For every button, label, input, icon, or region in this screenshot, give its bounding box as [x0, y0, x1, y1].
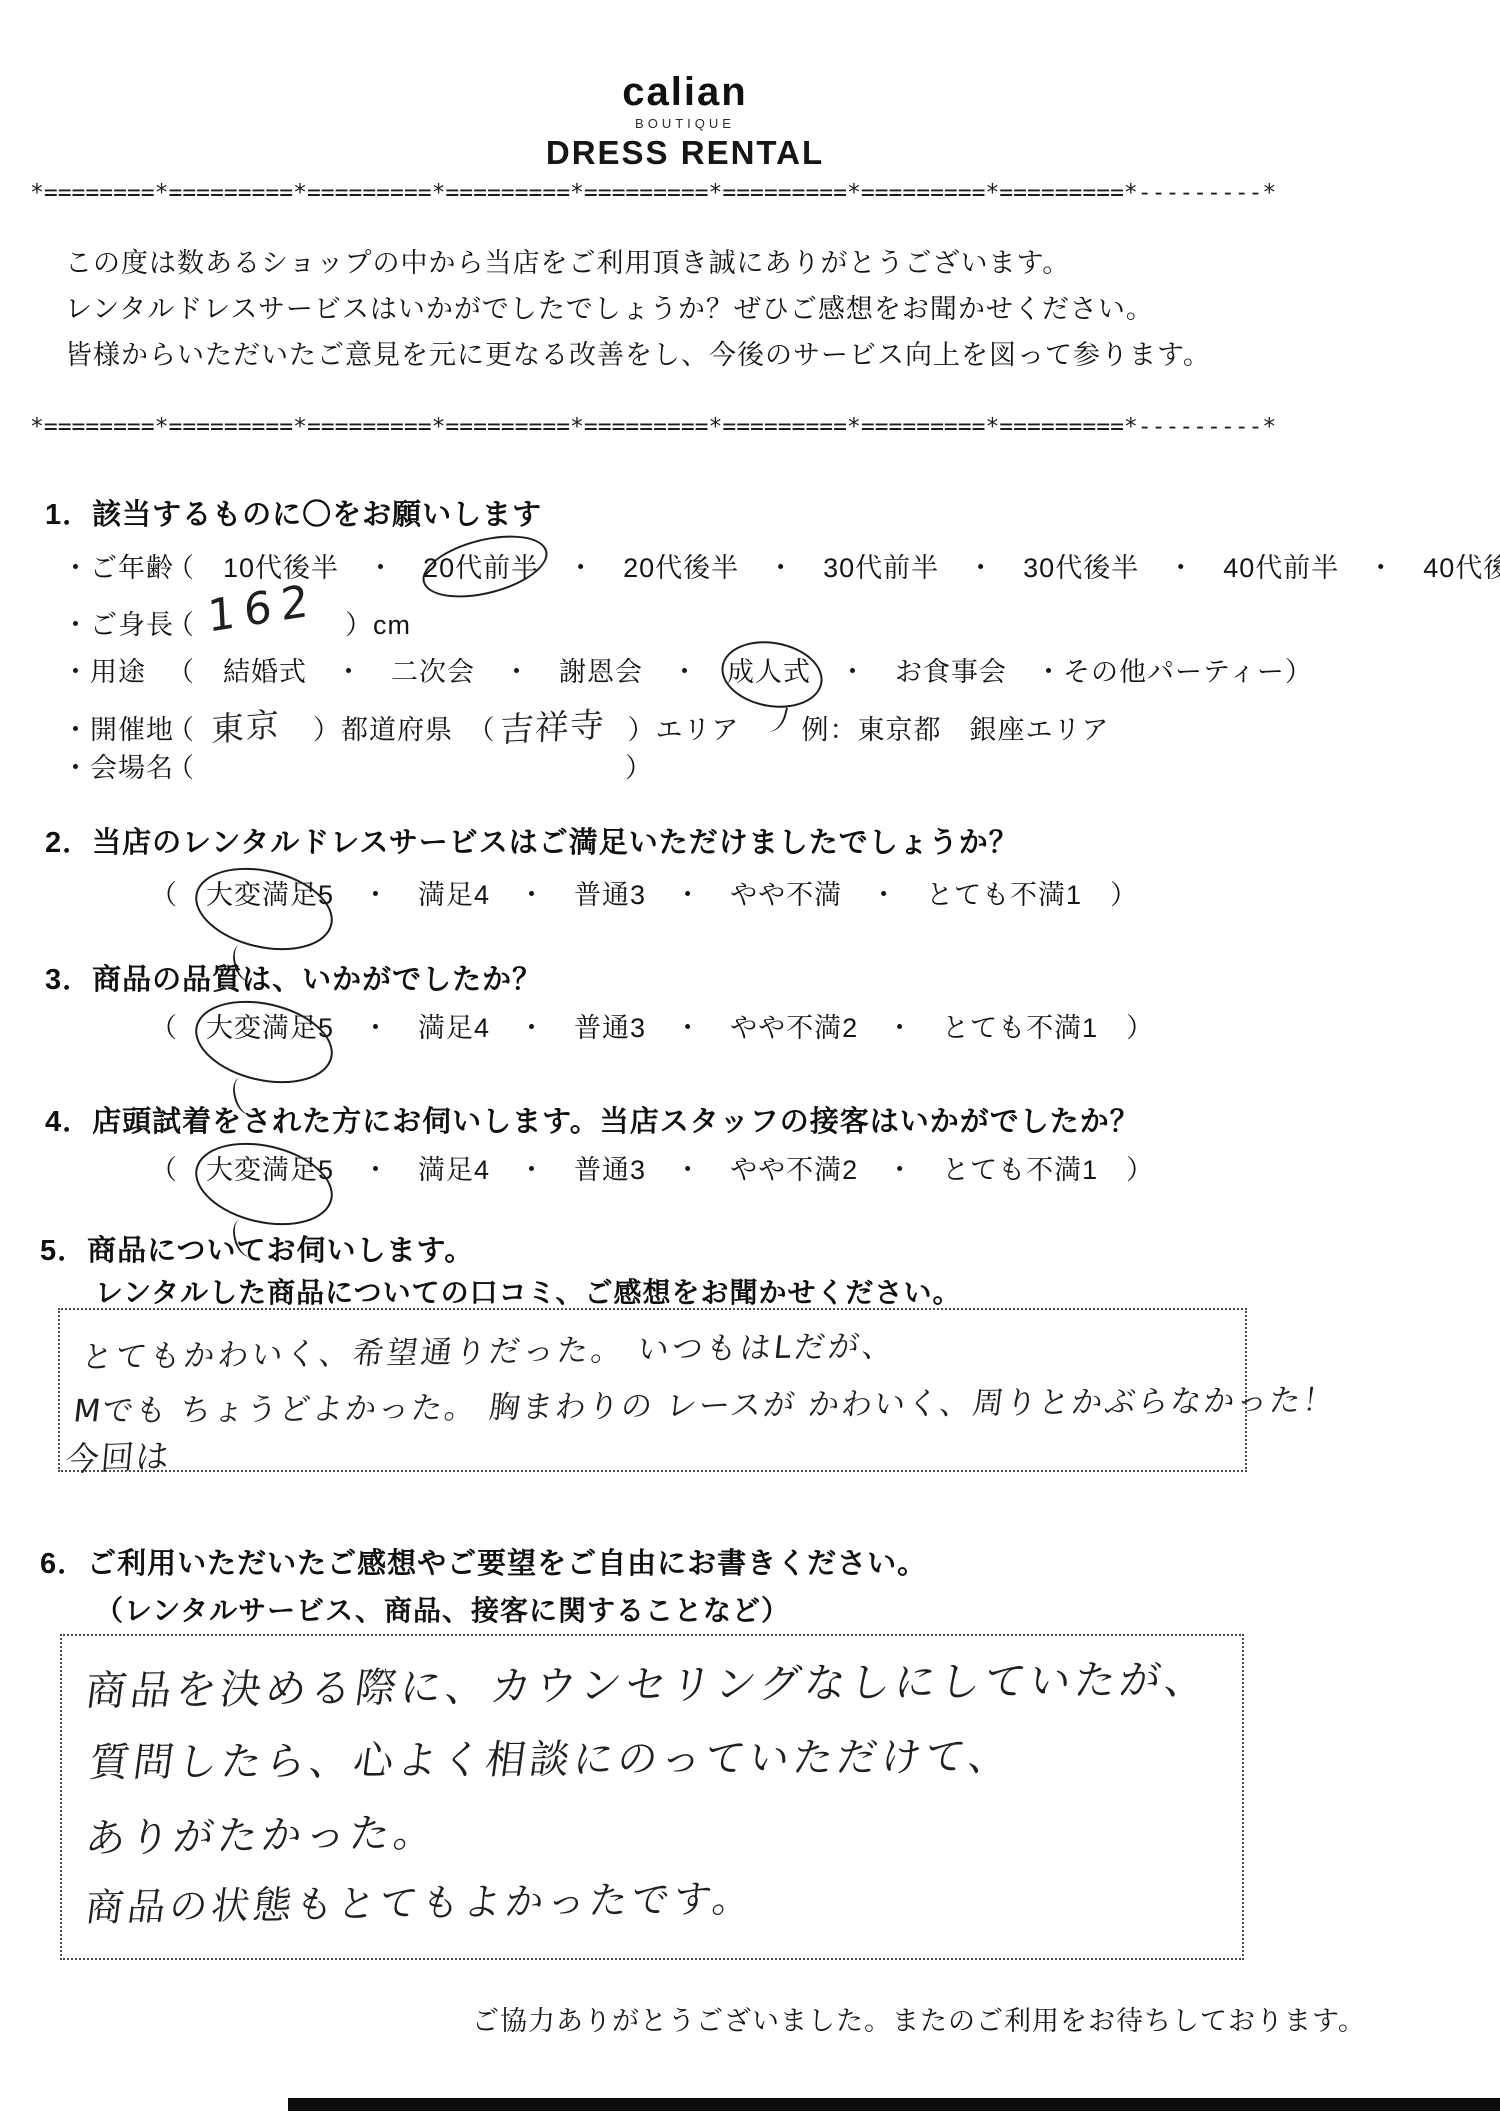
- closing-message: ご協力ありがとうございました。またのご利用をお待ちしております。: [472, 1999, 1366, 2038]
- q3-selected-circle: 大変満足5: [206, 1006, 334, 1045]
- q1-height-answer-slot: 162: [195, 594, 345, 645]
- q3-title: 3．商品の品質は、いかがでしたか？: [45, 957, 542, 998]
- q1-height-open-paren: （: [167, 610, 195, 640]
- q1-venue-row: ・会場名（）: [62, 746, 653, 785]
- q4-options-after: ・ 満足4 ・ 普通3 ・ やや不満2 ・ とても不満1 ）: [334, 1155, 1154, 1185]
- q3-options-before: （: [150, 1013, 206, 1043]
- scanned-survey-form: calian BOUTIQUE DRESS RENTAL *========*=…: [0, 0, 1500, 2127]
- q1-location-prefecture-slot: 東京: [195, 702, 313, 749]
- scan-artifact-bar: [288, 2098, 1500, 2111]
- q5-comment-box: とてもかわいく、希望通りだった。 いつもはLだが、 Mでも ちょうどよかった。 …: [58, 1308, 1247, 1472]
- q1-height-close-paren: ）cm: [345, 610, 411, 640]
- q1-purpose-row: ・用途（ 結婚式 ・ 二次会 ・ 謝恩会 ・ 成人式 ・ お食事会 ・その他パー…: [62, 650, 1313, 689]
- intro-line-2: レンタルドレスサービスはいかがでしたでしょうか？ぜひご感想をお聞かせください。: [65, 287, 1154, 326]
- q1-title: 1．該当するものに〇をお願いします: [45, 492, 542, 533]
- q6-comment-box: 商品を決める際に、カウンセリングなしにしていたが、 質問したら、心よく相談にのっ…: [60, 1634, 1244, 1960]
- q1-location-mid-text: ）都道府県 （: [313, 715, 496, 745]
- q1-age-label: ・ご年齢: [62, 546, 167, 585]
- q4-options-before: （: [150, 1155, 206, 1185]
- q2-options-row: （ 大変満足5 ・ 満足4 ・ 普通3 ・ やや不満 ・ とても不満1 ）: [150, 873, 1138, 912]
- brand-logo-subtext: BOUTIQUE: [0, 116, 1370, 131]
- q1-venue-close-paren: ）: [625, 753, 653, 783]
- q1-purpose-options-after: ・ お食事会 ・その他パーティー）: [811, 657, 1313, 687]
- q6-handwritten-line-2: 質問したら、心よく相談にのっていただけて、: [86, 1725, 1016, 1788]
- q1-height-label: ・ご身長: [62, 603, 167, 642]
- q5-title: 5．商品についてお伺いします。: [40, 1228, 474, 1269]
- q4-selected-circle: 大変満足5: [206, 1148, 334, 1187]
- q1-location-label: ・開催地: [62, 708, 167, 747]
- q1-location-area-slot: 吉祥寺: [496, 700, 628, 749]
- q6-subtitle: （レンタルサービス、商品、接客に関することなど）: [95, 1589, 790, 1629]
- q4-options-row: （ 大変満足5 ・ 満足4 ・ 普通3 ・ やや不満2 ・ とても不満1 ）: [150, 1148, 1154, 1187]
- q1-location-example: 例：東京都 銀座エリア: [802, 715, 1110, 745]
- q5-handwritten-line-3: 今回は: [64, 1430, 173, 1481]
- q6-handwritten-line-4: 商品の状態もとてもよかったです。: [83, 1867, 759, 1931]
- q5-subtitle: レンタルした商品についての口コミ、ご感想をお聞かせください。: [95, 1271, 962, 1311]
- q1-age-options-after: ・ 20代後半 ・ 30代前半 ・ 30代後半 ・ 40代前半 ・ 40代後半 …: [539, 553, 1500, 583]
- q1-location-open-paren: （: [167, 715, 195, 745]
- q1-location-area-handwritten: 吉祥寺: [494, 697, 605, 752]
- q6-handwritten-line-1: 商品を決める際に、カウンセリングなしにしていたが、: [82, 1646, 1214, 1717]
- divider-bottom: *========*=========*=========*=========*…: [30, 414, 1360, 440]
- q2-options-before: （: [150, 880, 206, 910]
- q1-location-prefecture-handwritten: 東京: [195, 698, 281, 753]
- q2-options-after: ・ 満足4 ・ 普通3 ・ やや不満 ・ とても不満1 ）: [334, 880, 1138, 910]
- q1-location-close-text: ）エリア: [628, 715, 740, 745]
- q1-venue-open-paren: （: [167, 753, 195, 783]
- q1-age-selected-circle: 20代前半: [423, 546, 539, 585]
- q2-selected-circle: 大変満足5: [206, 873, 334, 912]
- q2-title: 2．当店のレンタルドレスサービスはご満足いただけましたでしょうか？: [45, 820, 1019, 861]
- document-title: DRESS RENTAL: [0, 134, 1370, 172]
- q6-handwritten-line-3: ありがたかった。: [83, 1801, 442, 1864]
- q1-height-row: ・ご身長（162）cm: [62, 594, 411, 645]
- q6-title: 6．ご利用いただいたご感想やご要望をご自由にお書きください。: [40, 1541, 927, 1582]
- brand-logo: calian: [0, 70, 1370, 115]
- brand-header: calian BOUTIQUE DRESS RENTAL: [0, 70, 1370, 172]
- q3-options-after: ・ 満足4 ・ 普通3 ・ やや不満2 ・ とても不満1 ）: [334, 1013, 1154, 1043]
- q1-venue-label: ・会場名: [62, 746, 167, 785]
- q5-handwritten-line-2: Mでも ちょうどよかった。 胸まわりの レースが かわいく、周りとかぶらなかった…: [71, 1374, 1338, 1430]
- intro-line-3: 皆様からいただいたご意見を元に更なる改善をし、今後のサービス向上を図って参ります…: [65, 333, 1211, 372]
- divider-top: *========*=========*=========*=========*…: [30, 180, 1360, 206]
- q1-location-row: ・開催地（東京）都道府県 （吉祥寺）エリア例：東京都 銀座エリア: [62, 700, 1110, 749]
- q4-title: 4．店頭試着をされた方にお伺いします。当店スタッフの接客はいかがでしたか？: [45, 1099, 1140, 1140]
- intro-line-1: この度は数あるショップの中から当店をご利用頂き誠にありがとうございます。: [65, 241, 1070, 280]
- q5-handwritten-line-1: とてもかわいく、希望通りだった。 いつもはLだが、: [80, 1320, 899, 1376]
- q1-purpose-options-before: （ 結婚式 ・ 二次会 ・ 謝恩会 ・: [167, 657, 727, 687]
- q1-purpose-selected-circle: 成人式: [727, 650, 811, 689]
- q1-purpose-label: ・用途: [62, 650, 167, 689]
- q3-options-row: （ 大変満足5 ・ 満足4 ・ 普通3 ・ やや不満2 ・ とても不満1 ）: [150, 1006, 1154, 1045]
